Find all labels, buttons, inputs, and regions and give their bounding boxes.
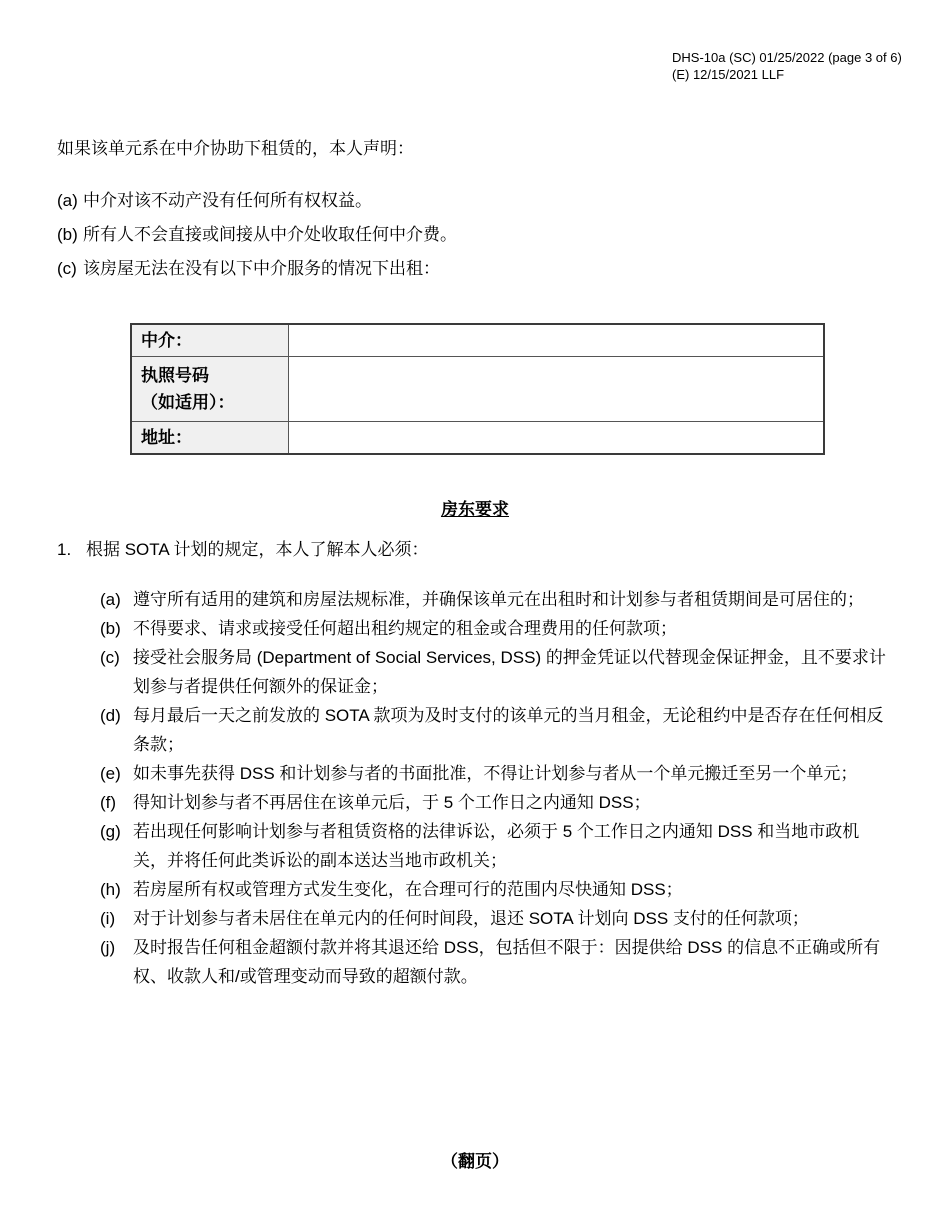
item-text: 每月最后一天之前发放的 SOTA 款项为及时支付的该单元的当月租金，无论租约中是… bbox=[133, 706, 884, 754]
item-text: 中介对该不动产没有任何所有权权益。 bbox=[83, 189, 893, 212]
broker-name-field[interactable] bbox=[289, 324, 825, 357]
document-page: DHS-10a (SC) 01/25/2022 (page 3 of 6) (E… bbox=[0, 0, 950, 1230]
item-text: 得知计划参与者不再居住在该单元后，于 5 个工作日之内通知 DSS； bbox=[133, 793, 651, 812]
section-heading-landlord-requirements: 房东要求 bbox=[57, 499, 893, 521]
item-text: 该房屋无法在没有以下中介服务的情况下出租： bbox=[83, 257, 893, 280]
item-label: (a) bbox=[100, 585, 130, 614]
item-label: (e) bbox=[100, 759, 130, 788]
item-label: (h) bbox=[100, 875, 130, 904]
form-number: DHS-10a (SC) 01/25/2022 (page 3 of 6) bbox=[672, 49, 902, 66]
item-text: 及时报告任何租金超额付款并将其退还给 DSS，包括但不限于：因提供给 DSS 的… bbox=[133, 938, 880, 986]
item-label: (b) bbox=[100, 614, 130, 643]
item-text: 若出现任何影响计划参与者租赁资格的法律诉讼，必须于 5 个工作日之内通知 DSS… bbox=[133, 822, 859, 870]
broker-statement-intro: 如果该单元系在中介协助下租赁的，本人声明： bbox=[57, 137, 893, 160]
requirement-item-j: (j)及时报告任何租金超额付款并将其退还给 DSS，包括但不限于：因提供给 DS… bbox=[100, 933, 893, 991]
clause-number: 1. bbox=[57, 538, 86, 561]
item-text: 接受社会服务局 (Department of Social Services, … bbox=[133, 648, 886, 696]
item-text: 遵守所有适用的建筑和房屋法规标准，并确保该单元在出租时和计划参与者租赁期间是可居… bbox=[133, 590, 864, 609]
broker-statement-item-b: (b) 所有人不会直接或间接从中介处收取任何中介费。 bbox=[57, 223, 893, 246]
requirement-item-c: (c)接受社会服务局 (Department of Social Service… bbox=[100, 643, 893, 701]
form-revision: (E) 12/15/2021 LLF bbox=[672, 66, 902, 83]
table-row-address: 地址： bbox=[131, 422, 824, 455]
requirement-item-a: (a)遵守所有适用的建筑和房屋法规标准，并确保该单元在出租时和计划参与者租赁期间… bbox=[100, 585, 893, 614]
broker-name-label: 中介： bbox=[131, 324, 289, 357]
broker-statement-item-a: (a) 中介对该不动产没有任何所有权权益。 bbox=[57, 189, 893, 212]
requirement-item-e: (e)如未事先获得 DSS 和计划参与者的书面批准，不得让计划参与者从一个单元搬… bbox=[100, 759, 893, 788]
item-text: 对于计划参与者未居住在单元内的任何时间段，退还 SOTA 计划向 DSS 支付的… bbox=[133, 909, 809, 928]
requirement-item-b: (b)不得要求、请求或接受任何超出租约规定的租金或合理费用的任何款项； bbox=[100, 614, 893, 643]
item-text: 若房屋所有权或管理方式发生变化，在合理可行的范围内尽快通知 DSS； bbox=[133, 880, 683, 899]
item-label: (a) bbox=[57, 189, 83, 212]
table-row-broker: 中介： bbox=[131, 324, 824, 357]
license-number-label: 执照号码 （如适用）： bbox=[131, 357, 289, 422]
requirement-item-f: (f)得知计划参与者不再居住在该单元后，于 5 个工作日之内通知 DSS； bbox=[100, 788, 893, 817]
page-turn-note: （翻页） bbox=[0, 1147, 950, 1172]
item-text: 不得要求、请求或接受任何超出租约规定的租金或合理费用的任何款项； bbox=[133, 619, 677, 638]
item-label: (b) bbox=[57, 223, 83, 246]
item-label: (c) bbox=[100, 643, 130, 672]
clause-text: 根据 SOTA 计划的规定，本人了解本人必须： bbox=[86, 538, 893, 561]
requirement-item-h: (h)若房屋所有权或管理方式发生变化，在合理可行的范围内尽快通知 DSS； bbox=[100, 875, 893, 904]
item-text: 如未事先获得 DSS 和计划参与者的书面批准，不得让计划参与者从一个单元搬迁至另… bbox=[133, 764, 857, 783]
item-label: (d) bbox=[100, 701, 130, 730]
requirement-item-i: (i)对于计划参与者未居住在单元内的任何时间段，退还 SOTA 计划向 DSS … bbox=[100, 904, 893, 933]
page-content: 如果该单元系在中介协助下租赁的，本人声明： (a) 中介对该不动产没有任何所有权… bbox=[57, 137, 893, 991]
broker-statement-item-c: (c) 该房屋无法在没有以下中介服务的情况下出租： bbox=[57, 257, 893, 280]
address-field[interactable] bbox=[289, 422, 825, 455]
item-text: 所有人不会直接或间接从中介处收取任何中介费。 bbox=[83, 223, 893, 246]
item-label: (c) bbox=[57, 257, 83, 280]
license-number-field[interactable] bbox=[289, 357, 825, 422]
requirement-item-d: (d)每月最后一天之前发放的 SOTA 款项为及时支付的该单元的当月租金，无论租… bbox=[100, 701, 893, 759]
requirement-clause-1: 1. 根据 SOTA 计划的规定，本人了解本人必须： bbox=[57, 538, 893, 561]
form-header: DHS-10a (SC) 01/25/2022 (page 3 of 6) (E… bbox=[672, 49, 902, 83]
requirement-item-g: (g)若出现任何影响计划参与者租赁资格的法律诉讼，必须于 5 个工作日之内通知 … bbox=[100, 817, 893, 875]
item-label: (f) bbox=[100, 788, 130, 817]
table-row-license: 执照号码 （如适用）： bbox=[131, 357, 824, 422]
address-label: 地址： bbox=[131, 422, 289, 455]
item-label: (i) bbox=[100, 904, 130, 933]
item-label: (g) bbox=[100, 817, 130, 846]
item-label: (j) bbox=[100, 933, 130, 962]
landlord-requirements-list: (a)遵守所有适用的建筑和房屋法规标准，并确保该单元在出租时和计划参与者租赁期间… bbox=[100, 585, 893, 991]
broker-info-table: 中介： 执照号码 （如适用）： 地址： bbox=[130, 323, 825, 455]
